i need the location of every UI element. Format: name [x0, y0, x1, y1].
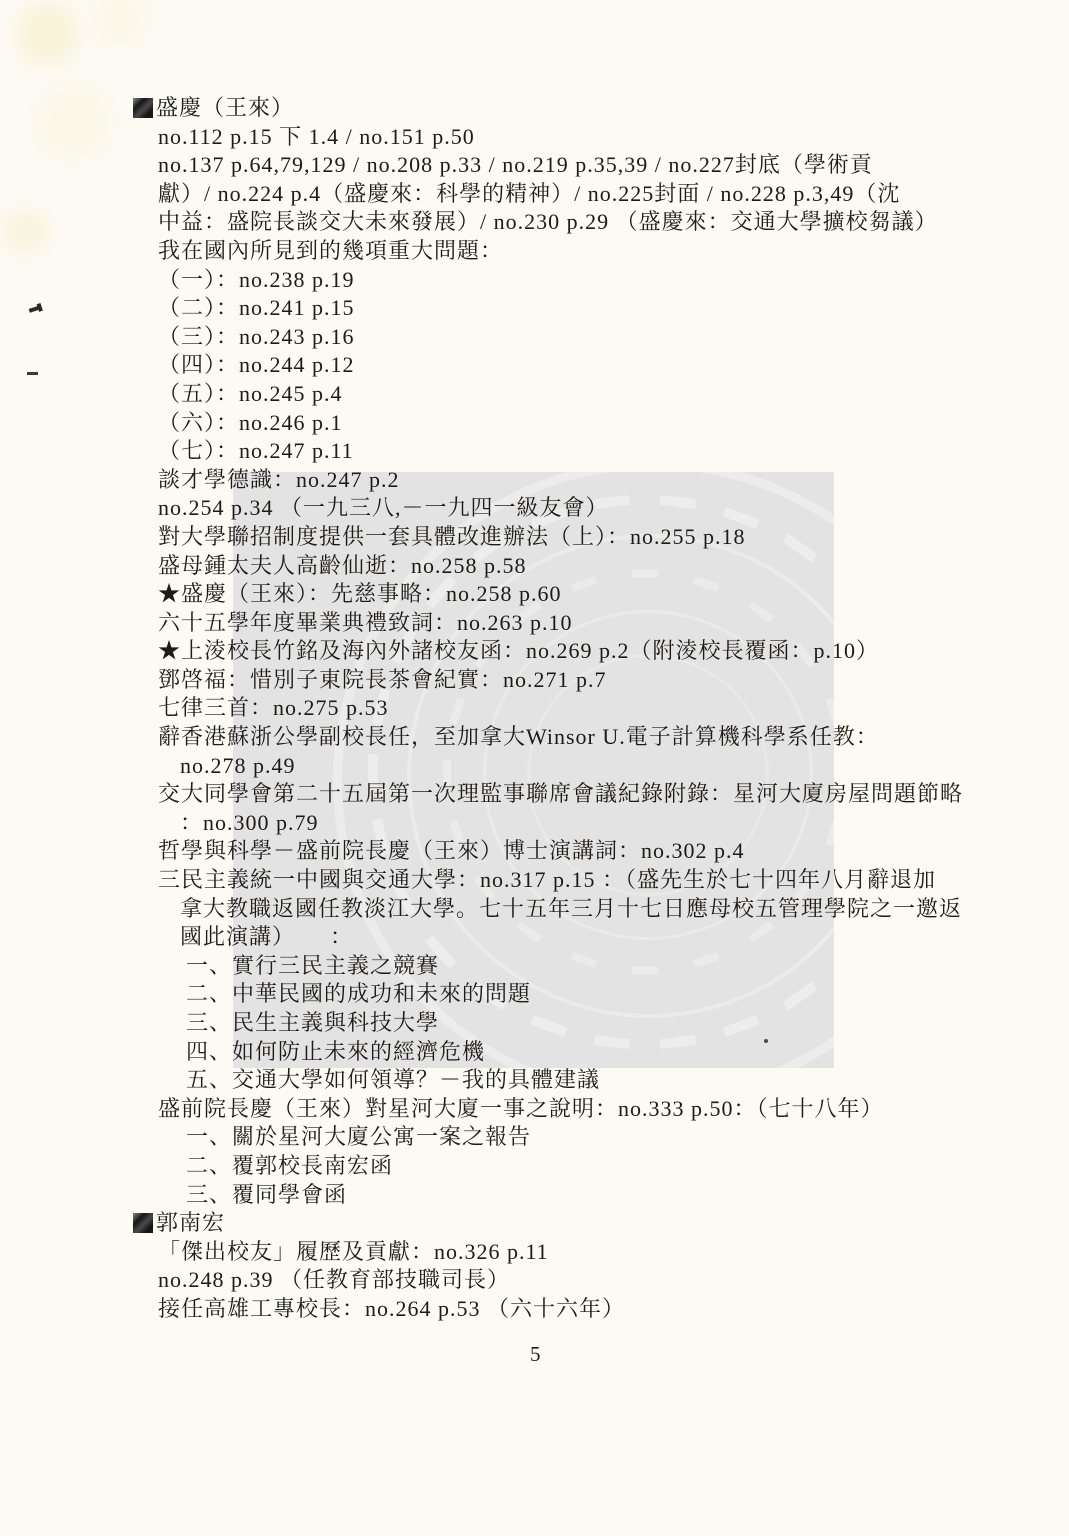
index-line: （六）：no.246 p.1	[133, 409, 963, 438]
index-line: ★盛慶（王來）：先慈事略：no.258 p.60	[133, 580, 963, 609]
index-line: 六十五學年度畢業典禮致詞：no.263 p.10	[133, 609, 963, 638]
index-line: no.254 p.34 （一九三八,－一九四一級友會）	[133, 494, 963, 523]
index-line: 中益：盛院長談交大未來發展）/ no.230 p.29 （盛慶來：交通大學擴校芻…	[133, 208, 963, 237]
index-line: 哲學與科學－盛前院長慶（王來）博士演講詞：no.302 p.4	[133, 837, 963, 866]
section-heading: 盛慶（王來）	[133, 94, 963, 123]
index-line: ★上淩校長竹銘及海內外諸校友函：no.269 p.2（附淩校長覆函：p.10）	[133, 637, 963, 666]
section-marker-icon	[133, 98, 153, 118]
index-line: 五、交通大學如何領導？－我的具體建議	[133, 1066, 963, 1095]
index-line: （五）：no.245 p.4	[133, 380, 963, 409]
scan-speck-icon	[29, 305, 42, 313]
index-line: 獻）/ no.224 p.4（盛慶來：科學的精神）/ no.225封面 / no…	[133, 180, 963, 209]
index-line: 談才學德識：no.247 p.2	[133, 466, 963, 495]
index-line: （四）：no.244 p.12	[133, 351, 963, 380]
index-line: （一）：no.238 p.19	[133, 266, 963, 295]
scan-speck-icon	[27, 372, 38, 375]
index-line: no.248 p.39 （任教育部技職司長）	[133, 1266, 963, 1295]
index-line: ：no.300 p.79	[133, 809, 963, 838]
index-line: 二、覆郭校長南宏函	[133, 1152, 963, 1181]
index-list: 盛慶（王來）no.112 p.15 下 1.4 / no.151 p.50no.…	[133, 94, 963, 1324]
index-line: 拿大教職返國任教淡江大學。七十五年三月十七日應母校五管理學院之一邀返	[133, 895, 963, 924]
index-line: 我在國內所見到的幾項重大問題：	[133, 237, 963, 266]
index-line: 一、關於星河大廈公寓一案之報告	[133, 1123, 963, 1152]
index-line: 交大同學會第二十五屆第一次理監事聯席會議紀錄附錄：星河大廈房屋問題節略	[133, 780, 963, 809]
index-line: no.278 p.49	[133, 752, 963, 781]
index-line: 國此演講） ：	[133, 923, 963, 952]
section-heading-text: 郭南宏	[156, 1210, 225, 1235]
page-number: 5	[530, 1342, 541, 1367]
scan-speck-icon	[764, 1039, 768, 1043]
index-line: （三）：no.243 p.16	[133, 323, 963, 352]
index-line: 接任高雄工專校長：no.264 p.53 （六十六年）	[133, 1295, 963, 1324]
index-line: 四、如何防止未來的經濟危機	[133, 1038, 963, 1067]
index-line: 一、實行三民主義之競賽	[133, 952, 963, 981]
index-line: 盛母鍾太夫人高齡仙逝：no.258 p.58	[133, 552, 963, 581]
index-line: 辭香港蘇浙公學副校長任，至加拿大Winsor U.電子計算機科學系任教：	[133, 723, 963, 752]
index-line: 三、民生主義與科技大學	[133, 1009, 963, 1038]
index-line: （二）：no.241 p.15	[133, 294, 963, 323]
index-line: 「傑出校友」履歷及貢獻：no.326 p.11	[133, 1238, 963, 1267]
index-line: no.137 p.64,79,129 / no.208 p.33 / no.21…	[133, 151, 963, 180]
index-line: no.112 p.15 下 1.4 / no.151 p.50	[133, 123, 963, 152]
section-heading: 郭南宏	[133, 1209, 963, 1238]
index-line: 對大學聯招制度提供一套具體改進辦法（上）：no.255 p.18	[133, 523, 963, 552]
index-line: （七）：no.247 p.11	[133, 437, 963, 466]
index-line: 盛前院長慶（王來）對星河大廈一事之說明：no.333 p.50：（七十八年）	[133, 1095, 963, 1124]
section-heading-text: 盛慶（王來）	[156, 95, 294, 120]
section-marker-icon	[133, 1213, 153, 1233]
index-line: 鄧啓福：惜別子東院長茶會紀實：no.271 p.7	[133, 666, 963, 695]
document-page: 盛慶（王來）no.112 p.15 下 1.4 / no.151 p.50no.…	[0, 0, 1069, 1536]
index-line: 三、覆同學會函	[133, 1181, 963, 1210]
index-line: 七律三首：no.275 p.53	[133, 694, 963, 723]
index-line: 二、中華民國的成功和未來的問題	[133, 980, 963, 1009]
index-line: 三民主義統一中國與交通大學：no.317 p.15 ：（盛先生於七十四年八月辭退…	[133, 866, 963, 895]
